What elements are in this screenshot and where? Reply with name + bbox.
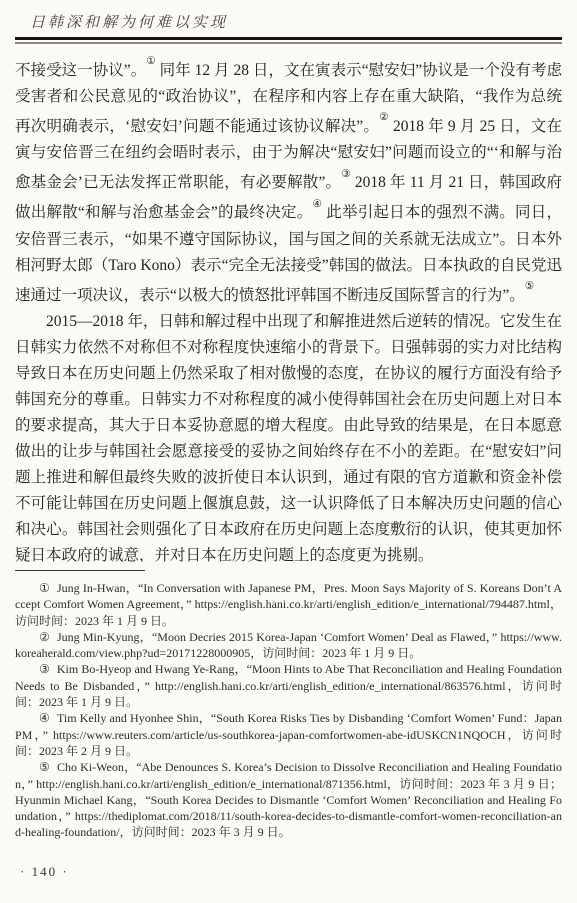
footnote-marker: ② — [39, 630, 50, 644]
footnote-marker: ③ — [39, 662, 50, 676]
document-page: 日韩深和解为何难以实现 不接受这一协议”。① 同年 12 月 28 日，文在寅表… — [0, 0, 577, 903]
footnote-text: Jung Min-Kyung，“Moon Decries 2015 Korea-… — [15, 630, 562, 660]
footnote-marker: ④ — [39, 711, 50, 725]
footnote-text: Kim Bo-Hyeop and Hwang Ye-Rang，“Moon Hin… — [15, 662, 562, 709]
footnote-item: ②Jung Min-Kyung，“Moon Decries 2015 Korea… — [15, 629, 562, 662]
footnote-marker: ⑤ — [39, 760, 50, 774]
footnote-divider — [15, 570, 145, 571]
header-divider — [15, 37, 562, 44]
footnote-item: ①Jung In-Hwan，“In Conversation with Japa… — [15, 580, 562, 629]
paragraph-continuation: 不接受这一协议”。① 同年 12 月 28 日，文在寅表示“慰安妇”协议是一个没… — [15, 54, 562, 309]
footnote-item: ⑤Cho Ki-Weon，“Abe Denounces S. Korea’s D… — [15, 759, 562, 840]
page-number: · 140 · — [20, 864, 69, 880]
running-head: 日韩深和解为何难以实现 — [30, 11, 562, 32]
footnote-marker: ① — [39, 581, 50, 595]
paragraph: 2015—2018 年，日韩和解过程中出现了和解推进然后逆转的情况。它发生在日韩… — [15, 309, 562, 562]
footnote-text: Jung In-Hwan，“In Conversation with Japan… — [15, 581, 562, 628]
running-head-title: 日韩深和解为何难以实现 — [30, 15, 228, 31]
footnote-item: ③Kim Bo-Hyeop and Hwang Ye-Rang，“Moon Hi… — [15, 661, 562, 710]
footnote-text: Cho Ki-Weon，“Abe Denounces S. Korea’s De… — [15, 760, 562, 839]
article-body: 不接受这一协议”。① 同年 12 月 28 日，文在寅表示“慰安妇”协议是一个没… — [15, 54, 562, 562]
footnotes-section: ①Jung In-Hwan，“In Conversation with Japa… — [15, 580, 562, 858]
footnote-item: ④Tim Kelly and Hyonhee Shin，“South Korea… — [15, 710, 562, 759]
footnote-text: Tim Kelly and Hyonhee Shin，“South Korea … — [15, 711, 562, 758]
